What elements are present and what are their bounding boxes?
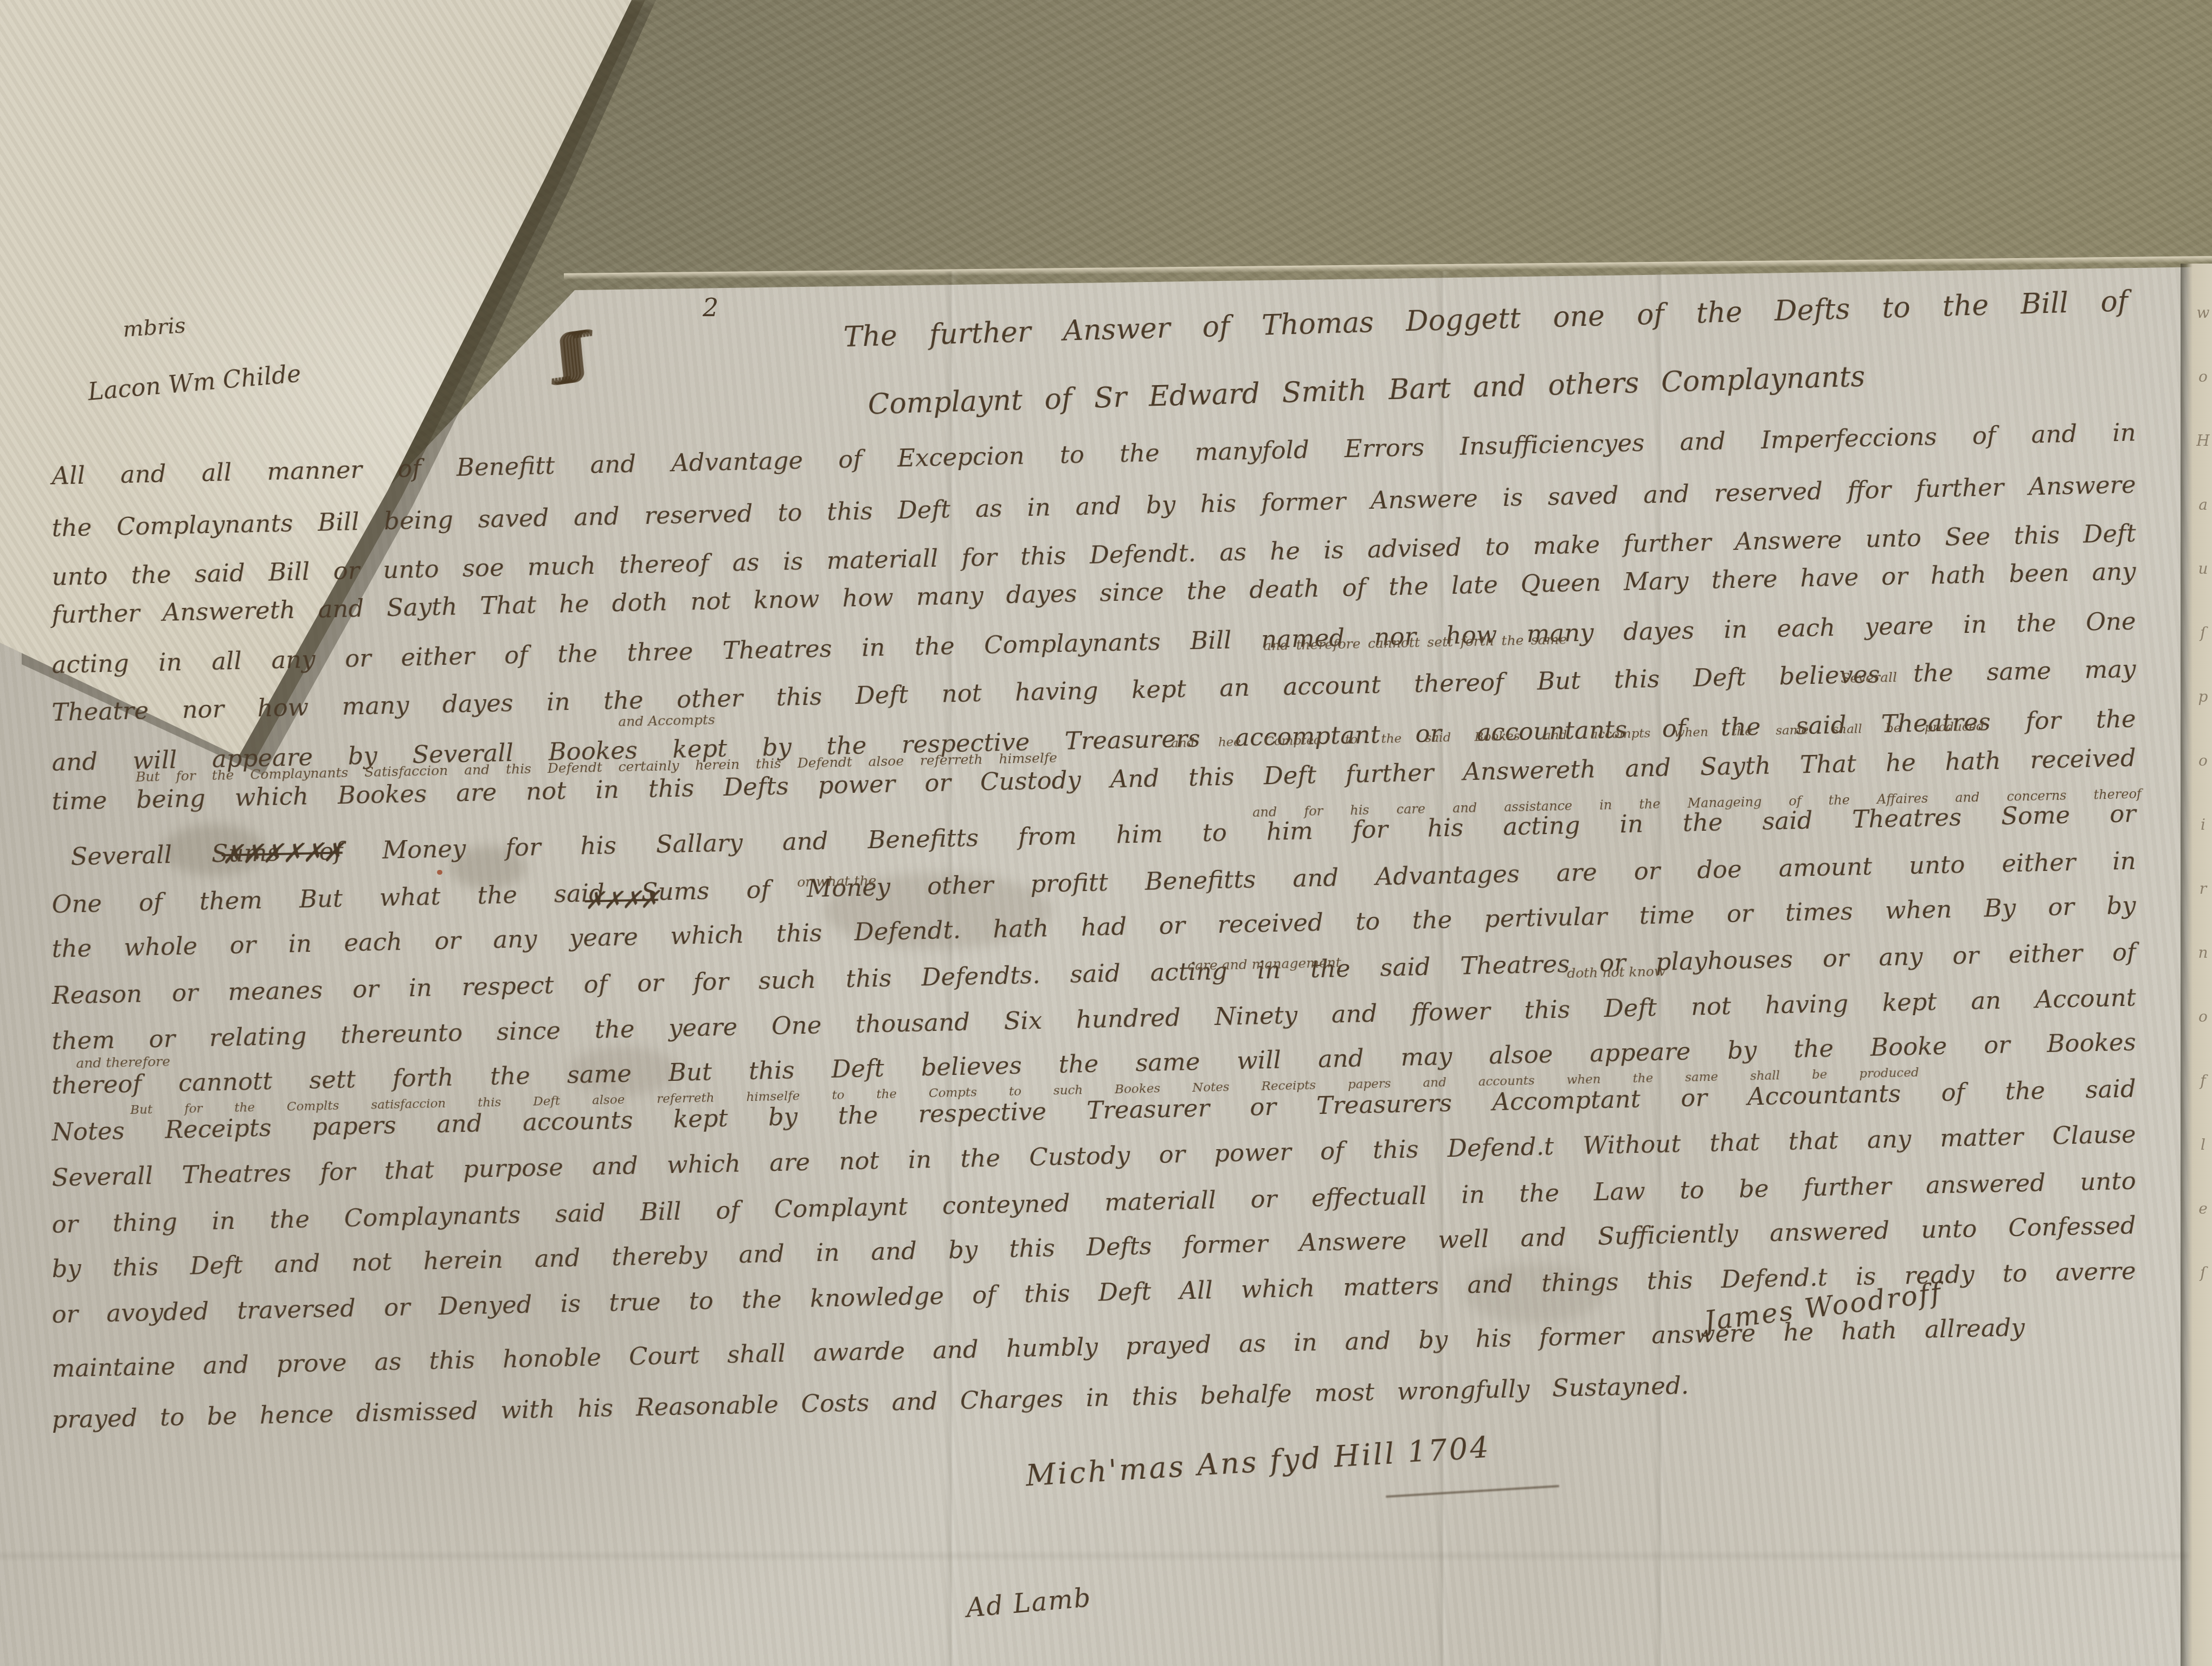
margin-note-mbris: mbris bbox=[122, 313, 187, 342]
deleted-word-marks: ✗✗✗✗ bbox=[584, 886, 659, 915]
deleted-word-marks: ✗✗✗✗✗✗ bbox=[221, 837, 343, 870]
interlineation: doth not know bbox=[1567, 964, 1666, 980]
interlineation: care and management bbox=[1187, 956, 1341, 972]
page-number: 2 bbox=[703, 293, 718, 322]
interlineation: Severall bbox=[1841, 670, 1897, 685]
interlineation: and Accompts bbox=[618, 713, 715, 728]
photo-of-manuscript: w o H a u ſ p o i r n o f l e ſ mbris La… bbox=[0, 0, 2212, 1666]
interlineation: and therefore bbox=[76, 1054, 170, 1070]
red-ink-speck bbox=[437, 870, 442, 875]
edge-text-fragments: w o H a u ſ p o i r n o f l e ſ bbox=[2190, 304, 2212, 1638]
horizontal-crease bbox=[0, 1550, 2212, 1562]
interlineation: or what the bbox=[797, 874, 877, 889]
